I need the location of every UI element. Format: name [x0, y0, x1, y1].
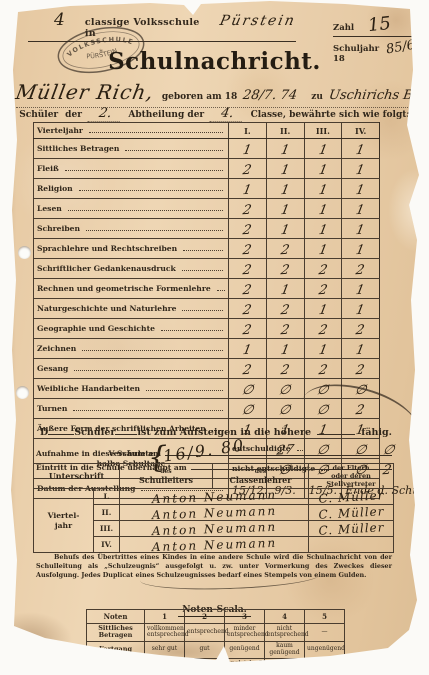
table-row: Zeichnen1111 — [34, 339, 380, 359]
classe-number-handwritten: 4. — [210, 106, 245, 122]
grade-cell: 2 — [229, 219, 267, 239]
punch-hole — [18, 246, 31, 259]
grade-cell: 2 — [266, 259, 304, 279]
grade-cell: ∅ — [266, 379, 304, 399]
promotion-schueler: Schüler — [74, 427, 115, 438]
subject-cell: Sittliches Betragen — [34, 139, 229, 159]
admission-line1-label: Aufnahme in diese Schule am — [36, 449, 161, 458]
noten-cell: kaum genügend — [265, 641, 305, 658]
grade-value: 1 — [317, 183, 328, 199]
noten-cell: ausdauernd — [145, 658, 185, 671]
zahl-value-handwritten: 15 — [367, 13, 392, 36]
grade-value: 2 — [280, 263, 291, 279]
noten-cell: sehr gut — [145, 641, 185, 658]
zahl-label: Zahl — [333, 23, 354, 33]
born-label: geboren am 18 — [162, 92, 237, 102]
subject-cell: Fleiß — [34, 159, 229, 179]
noten-cell: entsprechend — [185, 624, 225, 642]
vierteljahr-group-label: Viertel-jahr — [34, 489, 94, 553]
school-place-handwritten: Pürstein — [219, 13, 298, 29]
table-row: Schreiben2111 — [34, 219, 380, 239]
subject-wrap: Schreiben — [37, 224, 225, 233]
quarter-label: IV. — [94, 537, 120, 553]
dot-leader — [86, 229, 223, 231]
dot-leader — [73, 409, 223, 411]
grade-cell: 1 — [342, 279, 380, 299]
grade-cell: 1 — [229, 139, 267, 159]
table-row: Fleiß2111 — [34, 159, 380, 179]
subject-wrap: Zeichnen — [37, 344, 225, 353]
column-header-q3: III. — [304, 123, 342, 139]
grade-cell: 1 — [266, 139, 304, 159]
dot-leader — [182, 309, 223, 311]
subject-cell: Rechnen und geometrische Formenlehre — [34, 279, 229, 299]
grade-value: 2 — [242, 263, 253, 279]
table-row: Rechnen und geometrische Formenlehre2121 — [34, 279, 380, 299]
grade-value: 1 — [242, 143, 253, 159]
grade-value: 2 — [317, 363, 328, 379]
grades-header-row: Vierteljahr I. II. III. IV. — [34, 123, 380, 139]
blank-line — [48, 424, 74, 435]
der-label: der — [65, 110, 82, 120]
grade-value: 1 — [280, 283, 291, 299]
dot-leader — [89, 131, 223, 133]
schulleiter-label: Schulleiters — [139, 475, 193, 485]
grade-cell: 2 — [304, 279, 342, 299]
grade-cell: 1 — [304, 179, 342, 199]
grade-value: 2 — [280, 363, 291, 379]
column-header-q2: II. — [266, 123, 304, 139]
grade-cell: 1 — [342, 199, 380, 219]
grade-value: 1 — [355, 203, 366, 219]
subject-cell: Zeichnen — [34, 339, 229, 359]
grade-value: 2 — [242, 303, 253, 319]
subject-wrap: Gesang — [37, 364, 225, 373]
grade-value: 1 — [280, 223, 291, 239]
grade-value: 1 — [355, 283, 366, 299]
grade-cell: 1 — [304, 159, 342, 179]
dot-leader — [82, 349, 223, 351]
des-label: des — [122, 468, 210, 475]
grade-value: 2 — [242, 323, 253, 339]
noten-scala-table: Noten12345 Sittliches Betragenvollkommen… — [86, 609, 344, 672]
grade-cell: 1 — [342, 159, 380, 179]
noten-cell: befriedigend — [185, 658, 225, 671]
eltern-header: der Elternoder deren Stellvertreter — [309, 464, 394, 489]
grade-value: ∅ — [240, 403, 254, 419]
punch-hole — [16, 386, 29, 399]
dot-leader — [182, 269, 223, 271]
scanned-school-report: 4 classige Volksschule in Pürstein Zahl … — [0, 0, 429, 675]
dot-leader — [183, 249, 223, 251]
grade-value: 1 — [355, 143, 366, 159]
grade-value: 1 — [317, 343, 328, 359]
noten-cell: vollkommen entsprechend — [145, 624, 185, 642]
classe-label: Classe, bewährte sich wie folgt: — [251, 110, 410, 120]
grade-cell: 1 — [266, 159, 304, 179]
dot-leader — [65, 169, 223, 171]
subject-cell: Schriftlicher Gedankenausdruck — [34, 259, 229, 279]
signature-body: Viertel-jahrI.Anton NeumannC. MüllerII.A… — [34, 489, 394, 553]
subject-label: Rechnen und geometrische Formenlehre — [37, 284, 211, 293]
vierteljahr-line2: jahr — [36, 521, 91, 531]
signature-table: Unterschrift desSchulleiters desClassenl… — [33, 463, 393, 553]
grade-value: 1 — [317, 243, 328, 259]
abtheilung-number-handwritten: 2. — [88, 106, 123, 122]
noten-cell: gut — [185, 641, 225, 658]
grade-value: 2 — [355, 363, 366, 379]
promotion-d: D — [40, 427, 48, 438]
noten-cell: gering — [265, 658, 305, 671]
dot-leader — [79, 189, 223, 191]
subject-label: Sprachlehre und Rechtschreiben — [37, 244, 177, 253]
grade-value: 1 — [280, 183, 291, 199]
subject-wrap: Religion — [37, 184, 225, 193]
grade-cell: ∅ — [229, 399, 267, 419]
grade-cell: 1 — [342, 179, 380, 199]
abtheilung-label: Abtheilung der — [128, 110, 204, 120]
grade-value: ∅ — [278, 403, 292, 419]
noten-row: Fortgangsehr gutgutgenügendkaum genügend… — [87, 641, 345, 658]
schueler-label: Schüler — [19, 110, 58, 120]
table-row: Naturgeschichte und Naturlehre2211 — [34, 299, 380, 319]
class-count-handwritten: 4 — [54, 10, 65, 30]
subject-wrap: Sprachlehre und Rechtschreiben — [37, 244, 225, 253]
subject-label: Naturgeschichte und Naturlehre — [37, 304, 176, 313]
subject-wrap: Lesen — [37, 204, 225, 213]
blank-line — [115, 424, 137, 435]
noten-column-header: Noten — [87, 610, 145, 624]
zu-label: zu — [311, 92, 323, 102]
grade-value: 2 — [242, 243, 253, 259]
pupil-class-line: Schüler der 2. Abtheilung der 4. Classe,… — [0, 106, 429, 122]
blank-line — [317, 424, 355, 435]
subject-wrap: Naturgeschichte und Naturlehre — [37, 304, 225, 313]
grade-value: 2 — [317, 323, 328, 339]
subject-label: Turnen — [37, 404, 67, 413]
grade-value: 2 — [317, 283, 328, 299]
noten-cell: nicht entsprechend — [265, 624, 305, 642]
grade-value: 2 — [242, 283, 253, 299]
subject-wrap: Turnen — [37, 404, 225, 413]
quarter-label: II. — [94, 505, 120, 521]
subject-cell: Schreiben — [34, 219, 229, 239]
quarter-label: III. — [94, 521, 120, 537]
subject-label: Sittliches Betragen — [37, 144, 119, 153]
noten-body: Sittliches Betragenvollkommen entspreche… — [87, 624, 345, 672]
grade-cell: 2 — [304, 319, 342, 339]
dot-leader — [217, 289, 225, 291]
table-row: Gesang2222 — [34, 359, 380, 379]
noten-header-row: Noten12345 — [87, 610, 345, 624]
grade-value: 1 — [242, 183, 253, 199]
subject-wrap: Geographie und Geschichte — [37, 324, 225, 333]
grade-value: 1 — [317, 143, 328, 159]
table-row: Schriftlicher Gedankenausdruck2222 — [34, 259, 380, 279]
grade-cell: 2 — [229, 199, 267, 219]
grade-cell: 2 — [229, 279, 267, 299]
noten-cell: genügend — [225, 641, 265, 658]
dot-leader — [146, 389, 223, 391]
noten-row-label: Sittliches Betragen — [87, 624, 145, 642]
grade-value: 2 — [242, 163, 253, 179]
grade-value: 2 — [280, 303, 291, 319]
grade-cell: 2 — [229, 239, 267, 259]
promotion-line: D Schüler ist zum Aufsteigen in die höhe… — [40, 424, 392, 438]
table-row: Sprachlehre und Rechtschreiben2211 — [34, 239, 380, 259]
subject-wrap: Fleiß — [37, 164, 225, 173]
grade-cell: 2 — [266, 319, 304, 339]
subject-cell: Religion — [34, 179, 229, 199]
grade-value: 2 — [317, 263, 328, 279]
grade-value: 2 — [242, 203, 253, 219]
subject-wrap: Schriftlicher Gedankenausdruck — [37, 264, 225, 273]
grade-value: 1 — [355, 163, 366, 179]
classenlehrer-label: Classenlehrer — [230, 475, 292, 485]
pen-flourish — [140, 563, 321, 592]
grade-cell: 1 — [266, 199, 304, 219]
grade-value: 1 — [317, 303, 328, 319]
grade-cell: 1 — [266, 179, 304, 199]
grade-cell: 1 — [266, 219, 304, 239]
grade-value: 2 — [242, 363, 253, 379]
grade-cell: 2 — [304, 259, 342, 279]
subject-cell: Gesang — [34, 359, 229, 379]
grade-value: 2 — [355, 323, 366, 339]
grade-value: 1 — [355, 303, 366, 319]
promotion-text: ist zum Aufsteigen in die höhere — [137, 427, 311, 438]
grade-value: 2 — [280, 323, 291, 339]
vierteljahr-line1: Viertel- — [36, 511, 91, 521]
table-row: Religion1111 — [34, 179, 380, 199]
subject-label: Geographie und Geschichte — [37, 324, 155, 333]
grade-cell: 1 — [342, 239, 380, 259]
grade-value: 1 — [355, 343, 366, 359]
grade-cell: 1 — [342, 219, 380, 239]
grade-value: 1 — [280, 143, 291, 159]
grade-value: ∅ — [278, 383, 292, 399]
eltern-label-line2: oder deren Stellvertreter — [326, 472, 375, 488]
noten-column-header: 1 — [145, 610, 185, 624]
grade-value: 1 — [280, 203, 291, 219]
grade-cell: 2 — [229, 319, 267, 339]
table-row: Lesen2111 — [34, 199, 380, 219]
paper-sheet: 4 classige Volksschule in Pürstein Zahl … — [0, 0, 429, 675]
noten-cell: ungleichmäßig — [225, 658, 265, 671]
grade-value: 1 — [355, 223, 366, 239]
grade-value: 1 — [355, 183, 366, 199]
noten-row-label: Fortgang — [87, 641, 145, 658]
noten-row: Fleißausdauerndbefriedigendungleichmäßig… — [87, 658, 345, 671]
grade-cell: 2 — [342, 319, 380, 339]
subject-cell: Turnen — [34, 399, 229, 419]
signature-header-row: Unterschrift desSchulleiters desClassenl… — [34, 464, 394, 489]
schulleiter-header: desSchulleiters — [120, 464, 213, 489]
grade-cell: 1 — [304, 339, 342, 359]
grade-cell: 1 — [304, 239, 342, 259]
grade-value: 2 — [242, 223, 253, 239]
grade-value: ∅ — [240, 383, 254, 399]
grade-cell: 2 — [229, 159, 267, 179]
grade-cell: 1 — [342, 339, 380, 359]
subject-label: Schreiben — [37, 224, 80, 233]
subject-label: Lesen — [37, 204, 62, 213]
pupil-name-handwritten: Müller Rich, — [14, 80, 156, 104]
grade-cell: 1 — [304, 219, 342, 239]
signature-row: Viertel-jahrI.Anton NeumannC. Müller — [34, 489, 394, 505]
noten-cell: minder entsprechend — [225, 624, 265, 642]
grade-cell: 2 — [266, 299, 304, 319]
grade-value: 1 — [242, 343, 253, 359]
subject-cell: Naturgeschichte und Naturlehre — [34, 299, 229, 319]
noten-row-label: Fleiß — [87, 658, 145, 671]
grade-cell: 1 — [342, 299, 380, 319]
grade-value: 1 — [280, 343, 291, 359]
subject-label: Religion — [37, 184, 73, 193]
column-header-q4: IV. — [342, 123, 380, 139]
pupil-name-line: Müller Rich, geboren am 18 28/7. 74 zu U… — [16, 80, 416, 108]
noten-cell: — — [305, 624, 345, 642]
subject-wrap: Rechnen und geometrische Formenlehre — [37, 284, 225, 293]
subject-wrap: Weibliche Handarbeiten — [37, 384, 225, 393]
noten-column-header: 2 — [185, 610, 225, 624]
classenlehrer-header: desClassenlehrer — [213, 464, 309, 489]
noten-row: Sittliches Betragenvollkommen entspreche… — [87, 624, 345, 642]
grade-value: 1 — [317, 203, 328, 219]
dot-leader — [74, 369, 223, 371]
noten-cell: ungenügend — [305, 641, 345, 658]
birthdate-handwritten: 28/7. 74 — [242, 88, 298, 103]
grade-cell: 1 — [229, 179, 267, 199]
grade-cell: 2 — [342, 259, 380, 279]
grade-value: 2 — [355, 263, 366, 279]
dot-leader — [125, 149, 223, 151]
subject-cell: Lesen — [34, 199, 229, 219]
grade-cell: 1 — [304, 299, 342, 319]
grade-cell: 1 — [266, 279, 304, 299]
unterschrift-header: Unterschrift — [34, 464, 120, 489]
subject-label: Zeichnen — [37, 344, 76, 353]
eltern-label-line1: der Eltern — [332, 464, 369, 472]
grade-cell: 1 — [304, 199, 342, 219]
document-title: Schulnachricht. — [0, 48, 429, 75]
subject-cell: Geographie und Geschichte — [34, 319, 229, 339]
grade-cell: 1 — [342, 139, 380, 159]
subject-label: Weibliche Handarbeiten — [37, 384, 140, 393]
subject-label: Schriftlicher Gedankenausdruck — [37, 264, 176, 273]
birthplace-handwritten: Uschirichs Böhmen, — [328, 88, 429, 103]
grade-cell: 2 — [229, 299, 267, 319]
column-header-q1: I. — [229, 123, 267, 139]
grade-value: 2 — [280, 243, 291, 259]
subject-label: Fleiß — [37, 164, 59, 173]
grade-cell: 2 — [266, 359, 304, 379]
noten-column-header: 5 — [305, 610, 345, 624]
table-row: Sittliches Betragen1111 — [34, 139, 380, 159]
subject-wrap: Sittliches Betragen — [37, 144, 225, 153]
grade-cell: 1 — [304, 139, 342, 159]
table-row: Geographie und Geschichte2222 — [34, 319, 380, 339]
noten-column-header: 3 — [225, 610, 265, 624]
subject-label: Gesang — [37, 364, 68, 373]
grade-value: 1 — [355, 243, 366, 259]
grade-value: 1 — [317, 163, 328, 179]
grade-cell: 2 — [304, 359, 342, 379]
dot-leader — [68, 209, 223, 211]
subject-cell: Sprachlehre und Rechtschreiben — [34, 239, 229, 259]
noten-column-header: 4 — [265, 610, 305, 624]
grade-cell: 2 — [229, 259, 267, 279]
grade-cell: 1 — [229, 339, 267, 359]
grade-cell: 1 — [266, 339, 304, 359]
grade-cell: 2 — [266, 239, 304, 259]
dot-leader — [161, 329, 223, 331]
promotion-faehig: fähig. — [361, 427, 392, 438]
grade-cell: 2 — [342, 359, 380, 379]
des-label: des — [215, 468, 306, 475]
subject-cell: Weibliche Handarbeiten — [34, 379, 229, 399]
noten-cell: — — [305, 658, 345, 671]
quarter-label: I. — [94, 489, 120, 505]
vierteljahr-corner-label: Vierteljahr — [37, 126, 83, 135]
grade-cell: ∅ — [229, 379, 267, 399]
grade-value: 1 — [280, 163, 291, 179]
grade-cell: 2 — [229, 359, 267, 379]
grade-value: 1 — [317, 223, 328, 239]
